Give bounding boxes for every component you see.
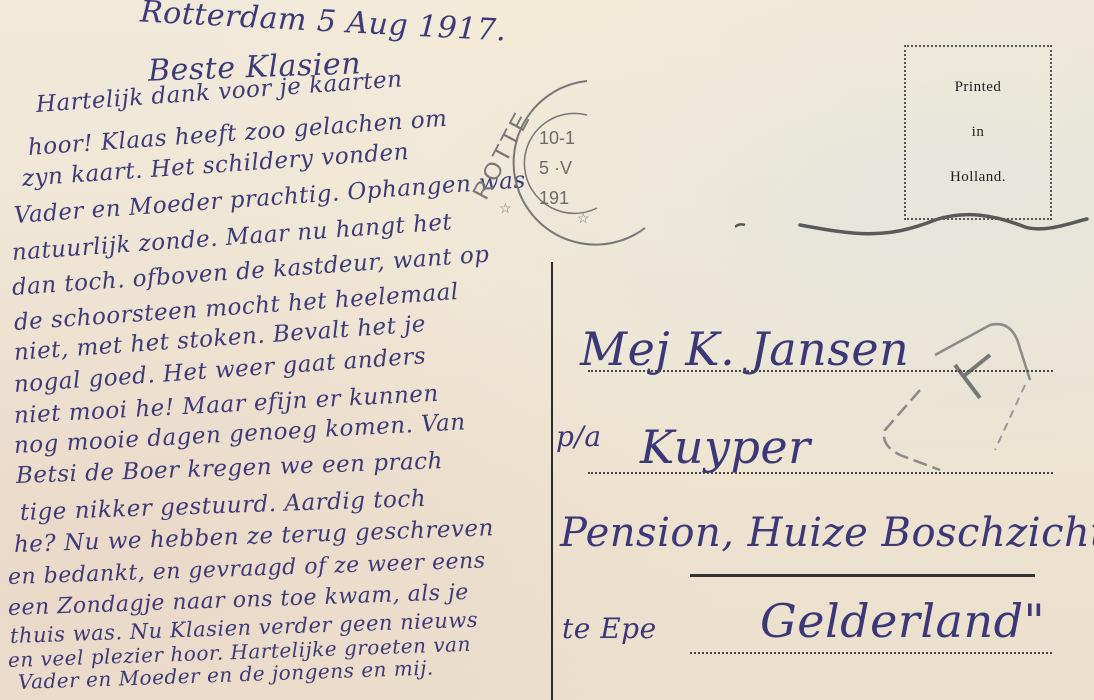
svg-text:☆: ☆ (499, 200, 512, 216)
postmark-day: 5 ·V (539, 153, 575, 183)
postmark-date: 10-1 5 ·V 191 (539, 123, 575, 213)
place-name: Gelderland" (760, 594, 1045, 648)
postmark-year: 191 (539, 183, 575, 213)
stamp-box-line: in (972, 124, 985, 141)
street-address: Pension, Huize Boschzicht" (560, 510, 1094, 556)
address-line-2 (588, 472, 1053, 474)
address-line-4 (690, 652, 1052, 654)
center-divider (551, 262, 553, 700)
address-line-1 (588, 370, 1053, 372)
place-date: Rotterdam 5 Aug 1917. (139, 0, 507, 49)
stamp-box-line: Holland. (950, 169, 1006, 186)
address-line-3-underline (690, 574, 1035, 577)
svg-text:☆: ☆ (577, 210, 590, 226)
place-prefix: te Epe (562, 612, 657, 645)
care-of-name: Kuyper (640, 420, 811, 474)
postmark: ☆ ☆ ROTTE 10-1 5 ·V 191 (487, 73, 647, 258)
postmark-time: 10-1 (539, 123, 575, 153)
stamp-box-line: Printed (955, 79, 1002, 96)
care-of-prefix: p/a (556, 420, 602, 453)
stamp-box: Printed in Holland. (904, 45, 1052, 220)
postcard-back: Rotterdam 5 Aug 1917. Beste Klasien Hart… (0, 0, 1094, 700)
decorative-wave-line (735, 205, 1090, 249)
recipient-name: Mej K. Jansen (580, 322, 909, 376)
